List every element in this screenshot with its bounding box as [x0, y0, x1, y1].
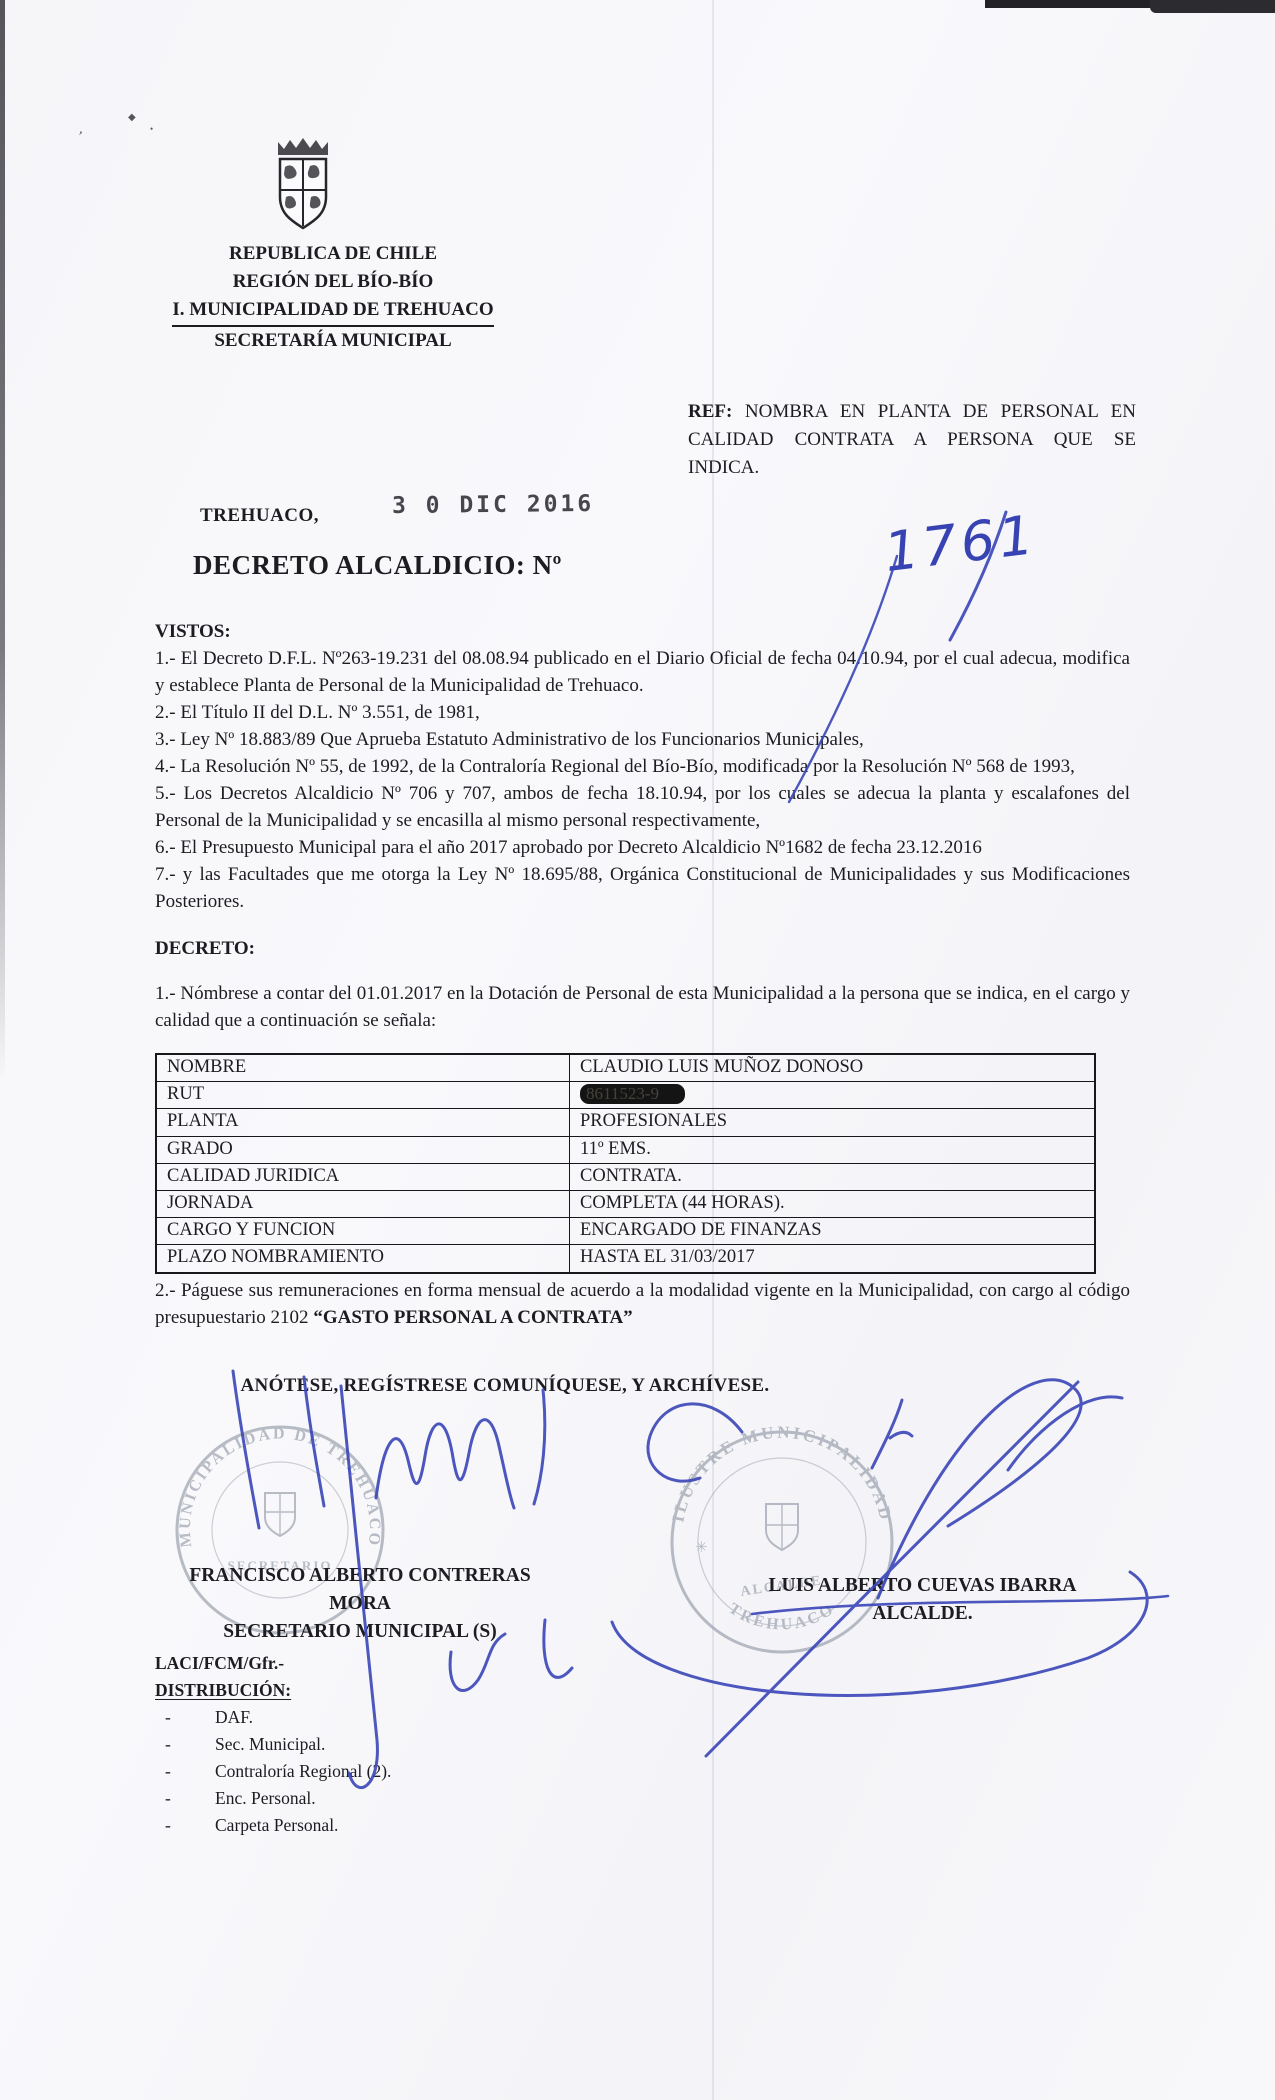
distribution-heading: DISTRIBUCIÓN: — [155, 1677, 391, 1704]
ink-speck: • — [150, 124, 153, 134]
letterhead-municipality: I. MUNICIPALIDAD DE TREHUACO — [172, 296, 493, 327]
mayor-name: LUIS ALBERTO CUEVAS IBARRA — [730, 1572, 1115, 1600]
distribution-item: -Enc. Personal. — [155, 1785, 391, 1812]
date-stamp: 3 0 DIC 2016 — [392, 491, 594, 519]
ref-label: REF: — [688, 401, 732, 422]
ref-text: NOMBRA EN PLANTA DE PERSONAL EN CALIDAD … — [688, 401, 1136, 478]
budget-code-bold: “GASTO PERSONAL A CONTRATA” — [313, 1307, 632, 1328]
dash: - — [165, 1731, 171, 1758]
vistos-heading: VISTOS: — [155, 618, 1130, 645]
table-label: NOMBRE — [157, 1055, 569, 1081]
table-value: COMPLETA (44 HORAS). — [569, 1190, 1094, 1217]
distribution-item-text: Contraloría Regional (2). — [215, 1761, 391, 1781]
handwritten-decree-number: 1761 — [881, 503, 1041, 584]
vistos-item: 5.- Los Decretos Alcaldicio Nº 706 y 707… — [155, 780, 1130, 834]
signature-block-secretary: FRANCISCO ALBERTO CONTRERAS MORA SECRETA… — [160, 1562, 560, 1646]
distribution-item: -Sec. Municipal. — [155, 1731, 391, 1758]
vistos-item: 6.- El Presupuesto Municipal para el año… — [155, 834, 1130, 861]
scanned-decree-page: , ◆ • REPUBLICA DE CHILE REGIÓN DEL BÍO-… — [0, 0, 1275, 2100]
distribution-item-text: Sec. Municipal. — [215, 1734, 325, 1754]
footer-distribution: LACI/FCM/Gfr.- DISTRIBUCIÓN: -DAF. -Sec.… — [155, 1650, 391, 1839]
vistos-item: 2.- El Título II del D.L. Nº 3.551, de 1… — [155, 699, 1130, 726]
stamp-star: ✳ — [695, 1540, 708, 1556]
ink-speck: ◆ — [128, 112, 136, 123]
vistos-item: 3.- Ley Nº 18.883/89 Que Aprueba Estatut… — [155, 726, 1130, 753]
signature-block-mayor: LUIS ALBERTO CUEVAS IBARRA ALCALDE. — [730, 1572, 1115, 1628]
distribution-item-text: DAF. — [215, 1707, 253, 1727]
table-value-redacted: 8611523-9 — [569, 1081, 1094, 1108]
secretary-name: FRANCISCO ALBERTO CONTRERAS MORA — [160, 1562, 560, 1618]
table-label: GRADO — [157, 1136, 569, 1163]
letterhead-office: SECRETARÍA MUNICIPAL — [168, 327, 498, 355]
scan-edge-left — [0, 0, 5, 1080]
dash: - — [165, 1785, 171, 1812]
letterhead: REPUBLICA DE CHILE REGIÓN DEL BÍO-BÍO I.… — [168, 240, 498, 355]
distribution-item-text: Carpeta Personal. — [215, 1815, 338, 1835]
closing-formula: ANÓTESE, REGÍSTRESE COMUNÍQUESE, Y ARCHÍ… — [155, 1375, 855, 1397]
vistos-item: 7.- y las Facultades que me otorga la Le… — [155, 861, 1130, 915]
table-value: CLAUDIO LUIS MUÑOZ DONOSO — [569, 1055, 1094, 1081]
decree-title: DECRETO ALCALDICIO: Nº — [193, 550, 562, 581]
dash: - — [165, 1812, 171, 1839]
vistos-section: VISTOS: 1.- El Decreto D.F.L. Nº263-19.2… — [155, 618, 1130, 915]
vistos-item: 1.- El Decreto D.F.L. Nº263-19.231 del 0… — [155, 645, 1130, 699]
letterhead-country: REPUBLICA DE CHILE — [168, 240, 498, 268]
initials-line: LACI/FCM/Gfr.- — [155, 1650, 391, 1677]
mayor-title: ALCALDE. — [730, 1600, 1115, 1628]
table-label: PLANTA — [157, 1108, 569, 1135]
paper-fold-crease — [712, 0, 714, 2100]
table-value: CONTRATA. — [569, 1163, 1094, 1190]
distribution-item: -Contraloría Regional (2). — [155, 1758, 391, 1785]
table-value: HASTA EL 31/03/2017 — [569, 1244, 1094, 1271]
scan-edge-top-corner — [1150, 0, 1275, 13]
coat-of-arms-emblem — [270, 133, 336, 233]
table-label: CARGO Y FUNCION — [157, 1217, 569, 1244]
table-value: 11º EMS. — [569, 1136, 1094, 1163]
table-label: CALIDAD JURIDICA — [157, 1163, 569, 1190]
ink-speck: , — [77, 122, 86, 138]
decreto-item-2: 2.- Páguese sus remuneraciones en forma … — [155, 1277, 1130, 1331]
decreto-heading: DECRETO: — [155, 938, 255, 960]
ref-block: REF: NOMBRA EN PLANTA DE PERSONAL EN CAL… — [688, 398, 1136, 482]
table-label: PLAZO NOMBRAMIENTO — [157, 1244, 569, 1271]
table-label: JORNADA — [157, 1190, 569, 1217]
dash: - — [165, 1758, 171, 1785]
table-value: ENCARGADO DE FINANZAS — [569, 1217, 1094, 1244]
decreto-item-1-text: 1.- Nómbrese a contar del 01.01.2017 en … — [155, 980, 1130, 1034]
distribution-item: -Carpeta Personal. — [155, 1812, 391, 1839]
decreto-item-2-pre: 2.- Páguese sus remuneraciones en forma … — [155, 1280, 1130, 1328]
table-label: RUT — [157, 1081, 569, 1108]
rut-redaction: 8611523-9 — [580, 1084, 685, 1104]
decreto-item-2-text: 2.- Páguese sus remuneraciones en forma … — [155, 1277, 1130, 1331]
city-label: TREHUACO, — [200, 505, 319, 527]
secretary-title: SECRETARIO MUNICIPAL (S) — [160, 1618, 560, 1646]
decreto-item-1: 1.- Nómbrese a contar del 01.01.2017 en … — [155, 980, 1130, 1034]
distribution-item-text: Enc. Personal. — [215, 1788, 316, 1808]
table-value: PROFESIONALES — [569, 1108, 1094, 1135]
distribution-item: -DAF. — [155, 1704, 391, 1731]
vistos-item: 4.- La Resolución Nº 55, de 1992, de la … — [155, 753, 1130, 780]
appointment-table: NOMBRE CLAUDIO LUIS MUÑOZ DONOSO RUT 861… — [155, 1053, 1096, 1274]
dash: - — [165, 1704, 171, 1731]
letterhead-region: REGIÓN DEL BÍO-BÍO — [168, 268, 498, 296]
